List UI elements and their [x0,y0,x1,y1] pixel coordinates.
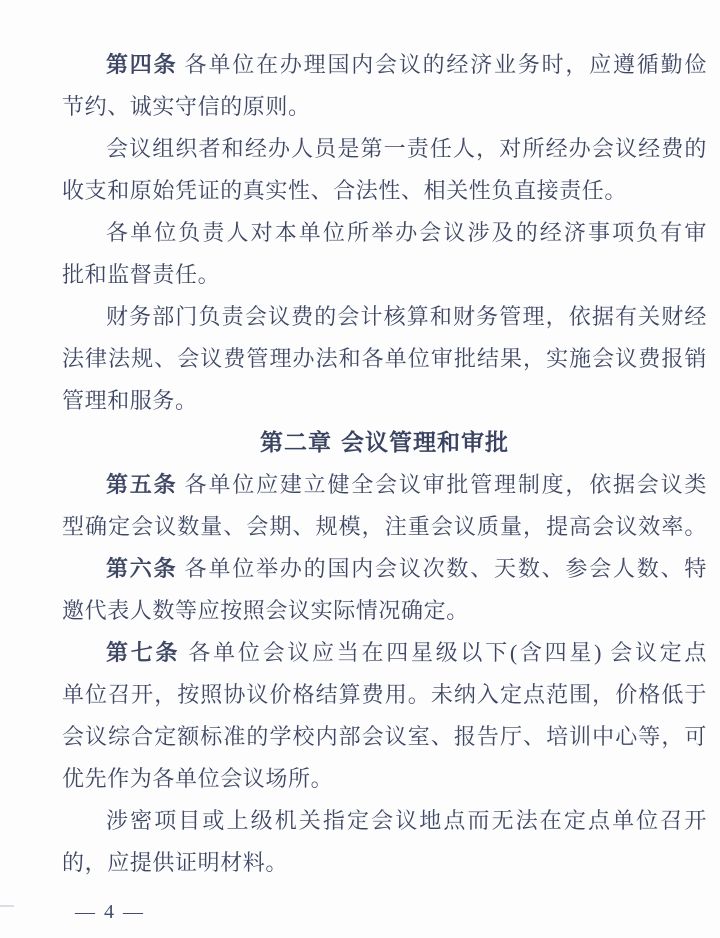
line-text: 管理和服务。 [62,388,198,413]
paragraph-line: 批和监督责任。 [62,254,707,296]
line-text: 邀代表人数等应按照会议实际情况确定。 [62,598,469,623]
paragraph-line: 会议组织者和经办人员是第一责任人，对所经办会议经费的 [62,128,707,170]
page-number: — 4 — [75,901,145,923]
paragraph-line: 的，应提供证明材料。 [62,842,707,884]
line-text: 型确定会议数量、会期、规模，注重会议质量，提高会议效率。 [62,514,707,539]
article-7-number: 第七条 [106,640,180,665]
line-text: 批和监督责任。 [62,262,220,287]
article-5-line-1: 第五条 各单位应建立健全会议审批管理制度，依据会议类 [62,464,707,506]
paragraph-line: 各单位负责人对本单位所举办会议涉及的经济事项负有审 [62,212,707,254]
paragraph-line: 管理和服务。 [62,380,707,422]
scan-artifact-mark [0,905,14,907]
line-text: 各单位在办理国内会议的经济业务时，应遵循勤俭 [177,52,707,77]
line-text: 各单位会议应当在四星级以下(含四星) 会议定点 [180,640,707,665]
article-6-line-1: 第六条 各单位举办的国内会议次数、天数、参会人数、特 [62,548,707,590]
article-4-number: 第四条 [106,52,177,77]
line-text: 节约、诚实守信的原则。 [62,94,311,119]
paragraph-line: 法律法规、会议费管理办法和各单位审批结果，实施会议费报销 [62,338,707,380]
line-text: 的，应提供证明材料。 [62,850,288,875]
chapter-heading-text: 第二章 会议管理和审批 [260,430,509,456]
line-text: 各单位应建立健全会议审批管理制度，依据会议类 [177,472,707,497]
article-5-line-2: 型确定会议数量、会期、规模，注重会议质量，提高会议效率。 [62,506,707,548]
line-text: 涉密项目或上级机关指定会议地点而无法在定点单位召开 [106,808,707,833]
article-7-line-2: 单位召开，按照协议价格结算费用。未纳入定点范围，价格低于 [62,674,707,716]
line-text: 法律法规、会议费管理办法和各单位审批结果，实施会议费报销 [62,346,707,371]
article-7-line-1: 第七条 各单位会议应当在四星级以下(含四星) 会议定点 [62,632,707,674]
article-6-number: 第六条 [106,556,177,581]
line-text: 优先作为各单位会议场所。 [62,766,333,791]
line-text: 财务部门负责会议费的会计核算和财务管理，依据有关财经 [106,304,707,329]
chapter-heading: 第二章 会议管理和审批 [62,422,707,464]
article-4-line-1: 第四条 各单位在办理国内会议的经济业务时，应遵循勤俭 [62,44,707,86]
page-footer: — 4 — [75,900,707,924]
document-body: 第四条 各单位在办理国内会议的经济业务时，应遵循勤俭 节约、诚实守信的原则。 会… [62,44,707,924]
document-page: 第四条 各单位在办理国内会议的经济业务时，应遵循勤俭 节约、诚实守信的原则。 会… [0,0,720,938]
line-text: 单位召开，按照协议价格结算费用。未纳入定点范围，价格低于 [62,682,707,707]
article-7-line-3: 会议综合定额标准的学校内部会议室、报告厅、培训中心等，可 [62,716,707,758]
article-7-line-4: 优先作为各单位会议场所。 [62,758,707,800]
line-text: 各单位举办的国内会议次数、天数、参会人数、特 [177,556,707,581]
article-6-line-2: 邀代表人数等应按照会议实际情况确定。 [62,590,707,632]
line-text: 会议组织者和经办人员是第一责任人，对所经办会议经费的 [106,136,707,161]
paragraph-line: 财务部门负责会议费的会计核算和财务管理，依据有关财经 [62,296,707,338]
article-4-line-2: 节约、诚实守信的原则。 [62,86,707,128]
line-text: 各单位负责人对本单位所举办会议涉及的经济事项负有审 [106,220,707,245]
line-text: 会议综合定额标准的学校内部会议室、报告厅、培训中心等，可 [62,724,707,749]
paragraph-line: 收支和原始凭证的真实性、合法性、相关性负直接责任。 [62,170,707,212]
paragraph-line: 涉密项目或上级机关指定会议地点而无法在定点单位召开 [62,800,707,842]
article-5-number: 第五条 [106,472,177,497]
line-text: 收支和原始凭证的真实性、合法性、相关性负直接责任。 [62,178,627,203]
